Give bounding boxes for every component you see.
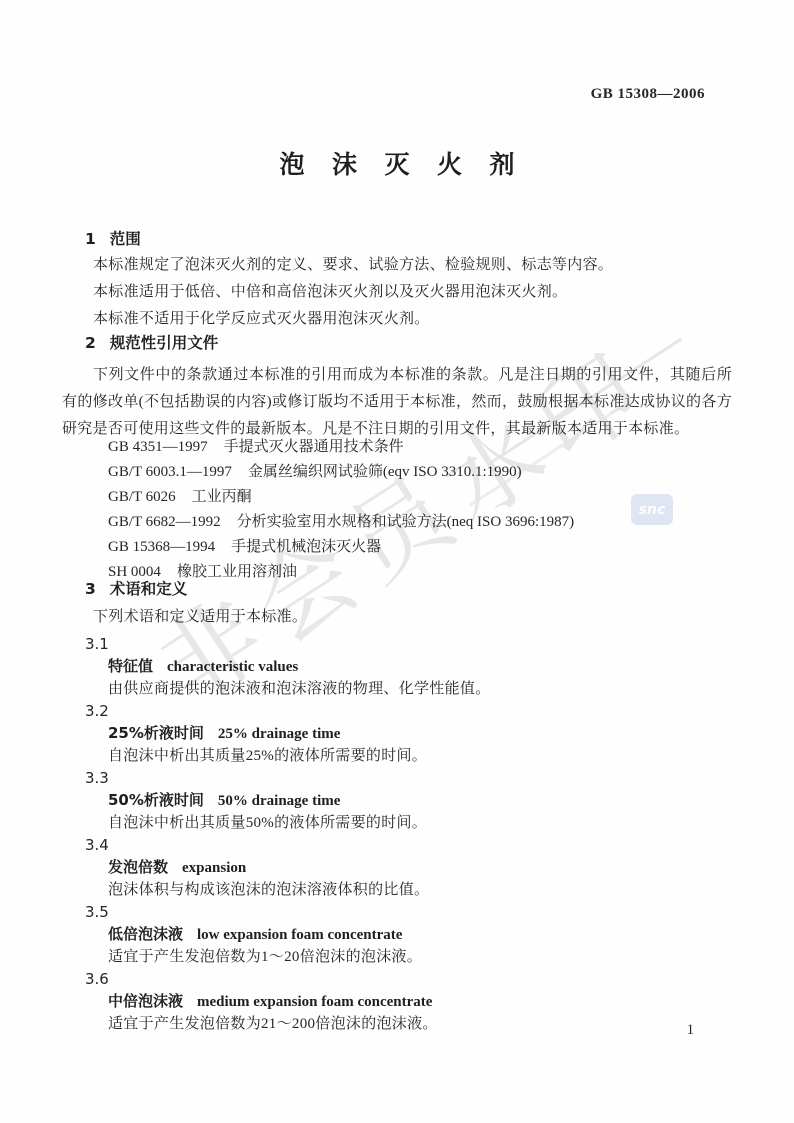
term-name-en: 50% drainage time	[218, 793, 340, 809]
term-name-en: expansion	[182, 860, 246, 876]
scope-paragraph: 本标准规定了泡沫灭火剂的定义、要求、试验方法、检验规则、标志等内容。	[62, 252, 732, 279]
term-name-en: low expansion foam concentrate	[197, 927, 402, 943]
terms-list: 3.1 特征值characteristic values 由供应商提供的泡沫液和…	[62, 633, 732, 1035]
clause-1-heading: 1范围	[62, 228, 732, 250]
term-name-cn: 特征值	[108, 657, 153, 675]
reference-code: GB/T 6682—1992	[108, 510, 221, 535]
page-number: 1	[687, 1022, 694, 1039]
reference-item: GB 15368—1994手提式机械泡沫灭火器	[62, 535, 732, 560]
term-name-en: characteristic values	[167, 659, 298, 675]
term-definition: 适宜于产生发泡倍数为21～200倍泡沫的泡沫液。	[62, 1013, 732, 1035]
term-name-cn: 低倍泡沫液	[108, 925, 183, 943]
term-item: 3.5 低倍泡沫液low expansion foam concentrate …	[62, 901, 732, 968]
clause-1-title: 范围	[110, 230, 141, 248]
references-list: GB 4351—1997手提式灭火器通用技术条件 GB/T 6003.1—199…	[62, 435, 732, 585]
reference-code: GB/T 6026	[108, 485, 176, 510]
term-definition: 泡沫体积与构成该泡沫的泡沫溶液体积的比值。	[62, 879, 732, 901]
reference-title: 金属丝编织网试验筛(eqv ISO 3310.1:1990)	[248, 464, 522, 480]
reference-title: 手提式机械泡沫灭火器	[231, 539, 381, 555]
clause-2-title: 规范性引用文件	[110, 334, 219, 352]
reference-code: GB 15368—1994	[108, 535, 215, 560]
reference-title: 工业丙酮	[192, 489, 252, 505]
scope-paragraphs: 本标准规定了泡沫灭火剂的定义、要求、试验方法、检验规则、标志等内容。 本标准适用…	[62, 252, 732, 333]
term-number: 3.4	[62, 834, 732, 856]
term-name-line: 中倍泡沫液medium expansion foam concentrate	[62, 990, 732, 1013]
document-content: GB 15308—2006 泡沫灭火剂 1范围 本标准规定了泡沫灭火剂的定义、要…	[0, 0, 794, 1035]
references-intro-paragraph: 下列文件中的条款通过本标准的引用而成为本标准的条款。凡是注日期的引用文件，其随后…	[62, 362, 732, 443]
document-page: 非会员水印 snc GB 15308—2006 泡沫灭火剂 1范围 本标准规定了…	[0, 0, 794, 1123]
reference-code: GB/T 6003.1—1997	[108, 460, 232, 485]
term-item: 3.4 发泡倍数expansion 泡沫体积与构成该泡沫的泡沫溶液体积的比值。	[62, 834, 732, 901]
term-definition: 自泡沫中析出其质量50%的液体所需要的时间。	[62, 812, 732, 834]
clause-3-title: 术语和定义	[110, 580, 188, 598]
clause-3-number: 3	[85, 578, 96, 600]
term-number: 3.2	[62, 700, 732, 722]
standard-code: GB 15308—2006	[62, 86, 732, 103]
scope-paragraph: 本标准不适用于化学反应式灭火器用泡沫灭火剂。	[62, 306, 732, 333]
clause-3-heading: 3术语和定义	[62, 578, 732, 600]
reference-item: GB/T 6026工业丙酮	[62, 485, 732, 510]
term-name-en: 25% drainage time	[218, 726, 340, 742]
term-name-line: 发泡倍数expansion	[62, 856, 732, 879]
term-number: 3.1	[62, 633, 732, 655]
term-name-en: medium expansion foam concentrate	[197, 994, 432, 1010]
term-name-cn: 中倍泡沫液	[108, 992, 183, 1010]
term-name-line: 25%析液时间25% drainage time	[62, 722, 732, 745]
term-number: 3.5	[62, 901, 732, 923]
term-item: 3.2 25%析液时间25% drainage time 自泡沫中析出其质量25…	[62, 700, 732, 767]
reference-title: 分析实验室用水规格和试验方法(neq ISO 3696:1987)	[237, 514, 575, 530]
reference-item: GB/T 6003.1—1997金属丝编织网试验筛(eqv ISO 3310.1…	[62, 460, 732, 485]
term-name-cn: 25%析液时间	[108, 724, 204, 742]
reference-code: GB 4351—1997	[108, 435, 208, 460]
document-title: 泡沫灭火剂	[62, 150, 732, 180]
term-name-cn: 发泡倍数	[108, 858, 168, 876]
clause-1-number: 1	[85, 228, 96, 250]
clause-2-heading: 2规范性引用文件	[62, 332, 732, 354]
terms-intro-paragraph: 下列术语和定义适用于本标准。	[62, 604, 732, 631]
term-name-cn: 50%析液时间	[108, 791, 204, 809]
term-definition: 适宜于产生发泡倍数为1～20倍泡沫的泡沫液。	[62, 946, 732, 968]
term-item: 3.1 特征值characteristic values 由供应商提供的泡沫液和…	[62, 633, 732, 700]
term-number: 3.3	[62, 767, 732, 789]
term-name-line: 50%析液时间50% drainage time	[62, 789, 732, 812]
term-item: 3.6 中倍泡沫液medium expansion foam concentra…	[62, 968, 732, 1035]
term-name-line: 特征值characteristic values	[62, 655, 732, 678]
term-definition: 自泡沫中析出其质量25%的液体所需要的时间。	[62, 745, 732, 767]
reference-title: 橡胶工业用溶剂油	[177, 564, 297, 580]
term-name-line: 低倍泡沫液low expansion foam concentrate	[62, 923, 732, 946]
term-item: 3.3 50%析液时间50% drainage time 自泡沫中析出其质量50…	[62, 767, 732, 834]
clause-2-number: 2	[85, 332, 96, 354]
term-definition: 由供应商提供的泡沫液和泡沫溶液的物理、化学性能值。	[62, 678, 732, 700]
term-number: 3.6	[62, 968, 732, 990]
scope-paragraph: 本标准适用于低倍、中倍和高倍泡沫灭火剂以及灭火器用泡沫灭火剂。	[62, 279, 732, 306]
reference-title: 手提式灭火器通用技术条件	[224, 439, 404, 455]
reference-item: GB/T 6682—1992分析实验室用水规格和试验方法(neq ISO 369…	[62, 510, 732, 535]
